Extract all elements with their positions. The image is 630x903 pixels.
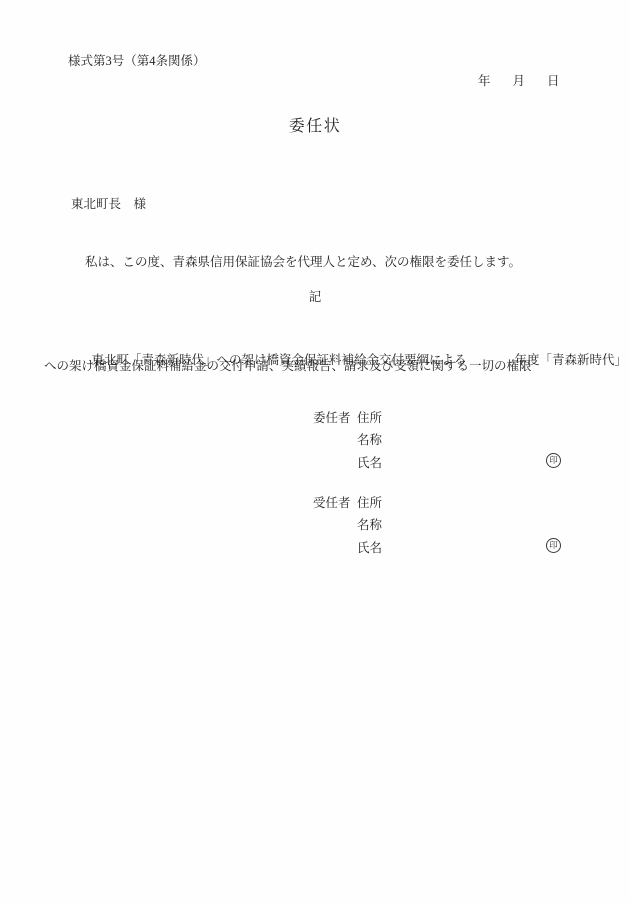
signature-row: 委任者 住所 — [313, 407, 561, 429]
person-name-label: 氏名 — [357, 537, 382, 559]
signature-row: 受任者 住所 — [313, 492, 561, 514]
delegator-block: 委任者 住所 名称 氏名 印 — [313, 407, 561, 474]
document-page: 様式第3号（第4条関係） 年 月 日 委任状 東北町長 様 私は、この度、青森県… — [0, 0, 630, 903]
section-marker: 記 — [0, 287, 630, 305]
person-name-label: 氏名 — [357, 452, 382, 474]
seal-mark-icon: 印 — [546, 538, 561, 553]
form-number: 様式第3号（第4条関係） — [68, 51, 206, 69]
signature-row: 名称 — [313, 514, 561, 536]
org-name-label: 名称 — [357, 514, 382, 536]
signature-role-label: 受任者 — [313, 492, 357, 514]
signature-row: 名称 — [313, 429, 561, 451]
signature-role-label: 委任者 — [313, 407, 357, 429]
month-label: 月 — [513, 71, 526, 89]
address-label: 住所 — [357, 492, 382, 514]
document-title: 委任状 — [0, 113, 630, 136]
address-label: 住所 — [357, 407, 382, 429]
delegate-block: 受任者 住所 名称 氏名 印 — [313, 492, 561, 559]
recipient-line: 東北町長 様 — [71, 194, 146, 212]
day-label: 日 — [547, 71, 560, 89]
date-line: 年 月 日 — [478, 71, 560, 89]
signature-row: 氏名 — [313, 452, 561, 474]
seal-mark-icon: 印 — [546, 453, 561, 468]
intro-paragraph: 私は、この度、青森県信用保証協会を代理人と定め、次の権限を委任します。 — [85, 252, 521, 270]
body-line-2: への架け橋資金保証料補給金の交付申請、実績報告、請求及び受領に関する一切の権限 — [44, 356, 532, 374]
org-name-label: 名称 — [357, 429, 382, 451]
signature-row: 氏名 — [313, 537, 561, 559]
year-label: 年 — [478, 71, 491, 89]
